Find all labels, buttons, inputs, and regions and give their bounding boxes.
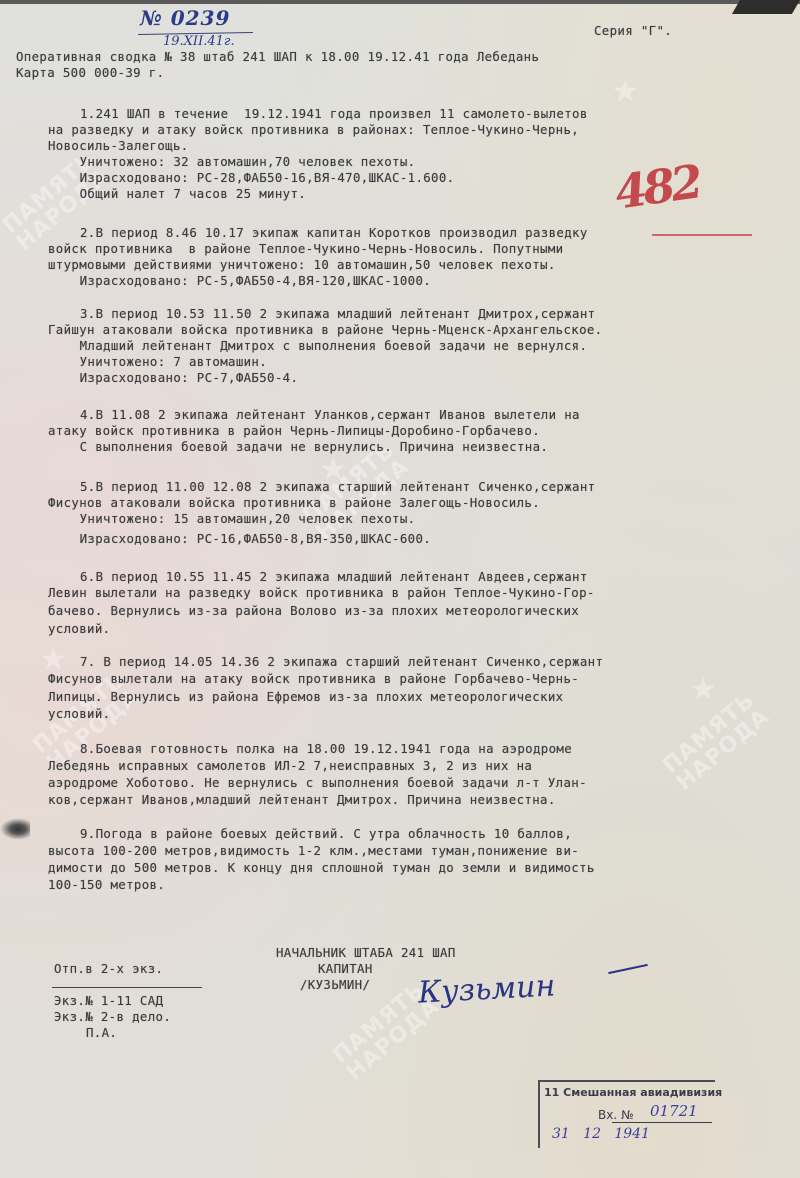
stamp-incoming-number: 01721 xyxy=(650,1102,698,1120)
text-line: Липицы. Вернулись из района Ефремов из-з… xyxy=(48,690,563,704)
text-line: Израсходовано: РС-7,ФАБ50-4. xyxy=(64,371,298,385)
red-strikethrough xyxy=(652,234,752,236)
text-line: условий. xyxy=(48,622,110,636)
text-line: Отп.в 2-х экз. xyxy=(54,962,163,976)
handwritten-signature: Кузьмин xyxy=(417,968,556,1010)
text-line: 4.В 11.08 2 экипажа лейтенант Уланков,се… xyxy=(80,408,580,422)
text-line: Израсходовано: РС-16,ФАБ50-8,ВЯ-350,ШКАС… xyxy=(64,532,431,546)
watermark-star-icon: ★ xyxy=(690,660,717,711)
scan-edge-shadow xyxy=(0,0,800,4)
text-line: 6.В период 10.55 11.45 2 экипажа младший… xyxy=(80,570,588,584)
text-line: Уничтожено: 32 автомашин,70 человек пехо… xyxy=(64,155,415,169)
text-line: условий. xyxy=(48,707,110,721)
text-line: Уничтожено: 7 автомашин. xyxy=(64,355,267,369)
text-line: Левин вылетали на разведку войск противн… xyxy=(48,586,595,600)
text-line: бачево. Вернулись из-за района Волово из… xyxy=(48,604,579,618)
text-line: 9.Погода в районе боевых действий. С утр… xyxy=(80,827,572,841)
text-line: 8.Боевая готовность полка на 18.00 19.12… xyxy=(80,742,572,756)
stamp-underline xyxy=(612,1122,712,1123)
text-line: 2.В период 8.46 10.17 экипаж капитан Кор… xyxy=(80,226,588,240)
text-line: С выполнения боевой задачи не вернулись.… xyxy=(64,440,548,454)
text-line: Израсходовано: РС-28,ФАБ50-16,ВЯ-470,ШКА… xyxy=(64,171,455,185)
text-line: ков,сержант Иванов,младший лейтенант Дми… xyxy=(48,793,556,807)
red-handwritten-number: 482 xyxy=(612,154,703,219)
stamp-date: 31 12 1941 xyxy=(552,1126,650,1142)
signer-rank: КАПИТАН xyxy=(318,962,373,976)
paper-damage xyxy=(0,818,30,840)
signer-title: НАЧАЛЬНИК ШТАБА 241 ШАП xyxy=(276,946,456,960)
archival-document-page: ★ ПАМЯТЬ НАРОДА ★ ПАМЯТЬ НАРОДА ★ ПАМЯТЬ… xyxy=(0,0,800,1178)
text-line: Израсходовано: РС-5,ФАБ50-4,ВЯ-120,ШКАС-… xyxy=(64,274,431,288)
text-line: Фисунов атаковали войска противника в ра… xyxy=(48,496,540,510)
text-line: Уничтожено: 15 автомашин,20 человек пехо… xyxy=(64,512,415,526)
text-line: Новосиль-Залегощь. xyxy=(48,139,189,153)
text-line: атаку войск противника в район Чернь-Лип… xyxy=(48,424,540,438)
text-line: Общий налет 7 часов 25 минут. xyxy=(64,187,306,201)
text-line: Экз.№ 1-11 САД xyxy=(54,994,163,1008)
text-line: аэродроме Хоботово. Не вернулись с выпол… xyxy=(48,776,587,790)
text-line: войск противника в районе Теплое-Чукино-… xyxy=(48,242,563,256)
text-line: димости до 500 метров. К концу дня сплош… xyxy=(48,861,595,875)
watermark-star-icon: ★ xyxy=(612,62,639,113)
series-label: Серия "Г". xyxy=(594,24,672,38)
scan-corner-shadow xyxy=(732,0,800,14)
text-line: 7. В период 14.05 14.36 2 экипажа старши… xyxy=(80,655,603,669)
distribution-divider xyxy=(52,987,202,988)
text-line: Младший лейтенант Дмитрох с выполнения б… xyxy=(64,339,587,353)
incoming-registration-stamp: 11 Смешанная авиадивизия Вх. № 01721 31 … xyxy=(538,1080,715,1148)
registration-date: 19.XII.41г. xyxy=(163,34,235,49)
text-line: 100-150 метров. xyxy=(48,878,165,892)
text-line: штурмовыми действиями уничтожено: 10 авт… xyxy=(48,258,556,272)
text-line: 1.241 ШАП в течение 19.12.1941 года прои… xyxy=(80,107,588,121)
text-line: Лебедянь исправных самолетов ИЛ-2 7,неис… xyxy=(48,759,532,773)
signer-name: /КУЗЬМИН/ xyxy=(300,978,370,992)
text-line: высота 100-200 метров,видимость 1-2 клм.… xyxy=(48,844,579,858)
text-line: Экз.№ 2-в дело. xyxy=(54,1010,171,1024)
text-line: 5.В период 11.00 12.08 2 экипажа старший… xyxy=(80,480,595,494)
text-line: на разведку и атаку войск противника в р… xyxy=(48,123,579,137)
stamp-incoming-label: Вх. № xyxy=(598,1108,633,1122)
map-reference: Карта 500 000-39 г. xyxy=(16,66,164,80)
text-line: Фисунов вылетали на атаку войск противни… xyxy=(48,672,579,686)
text-line: 3.В период 10.53 11.50 2 экипажа младший… xyxy=(80,307,595,321)
signature-flourish xyxy=(608,964,648,974)
registration-number: № 0239 xyxy=(140,6,230,30)
document-title: Оперативная сводка № 38 штаб 241 ШАП к 1… xyxy=(16,50,539,64)
text-line: Гайшун атаковали войска противника в рай… xyxy=(48,323,603,337)
stamp-title: 11 Смешанная авиадивизия xyxy=(544,1086,722,1099)
text-line: П.А. xyxy=(86,1026,117,1040)
